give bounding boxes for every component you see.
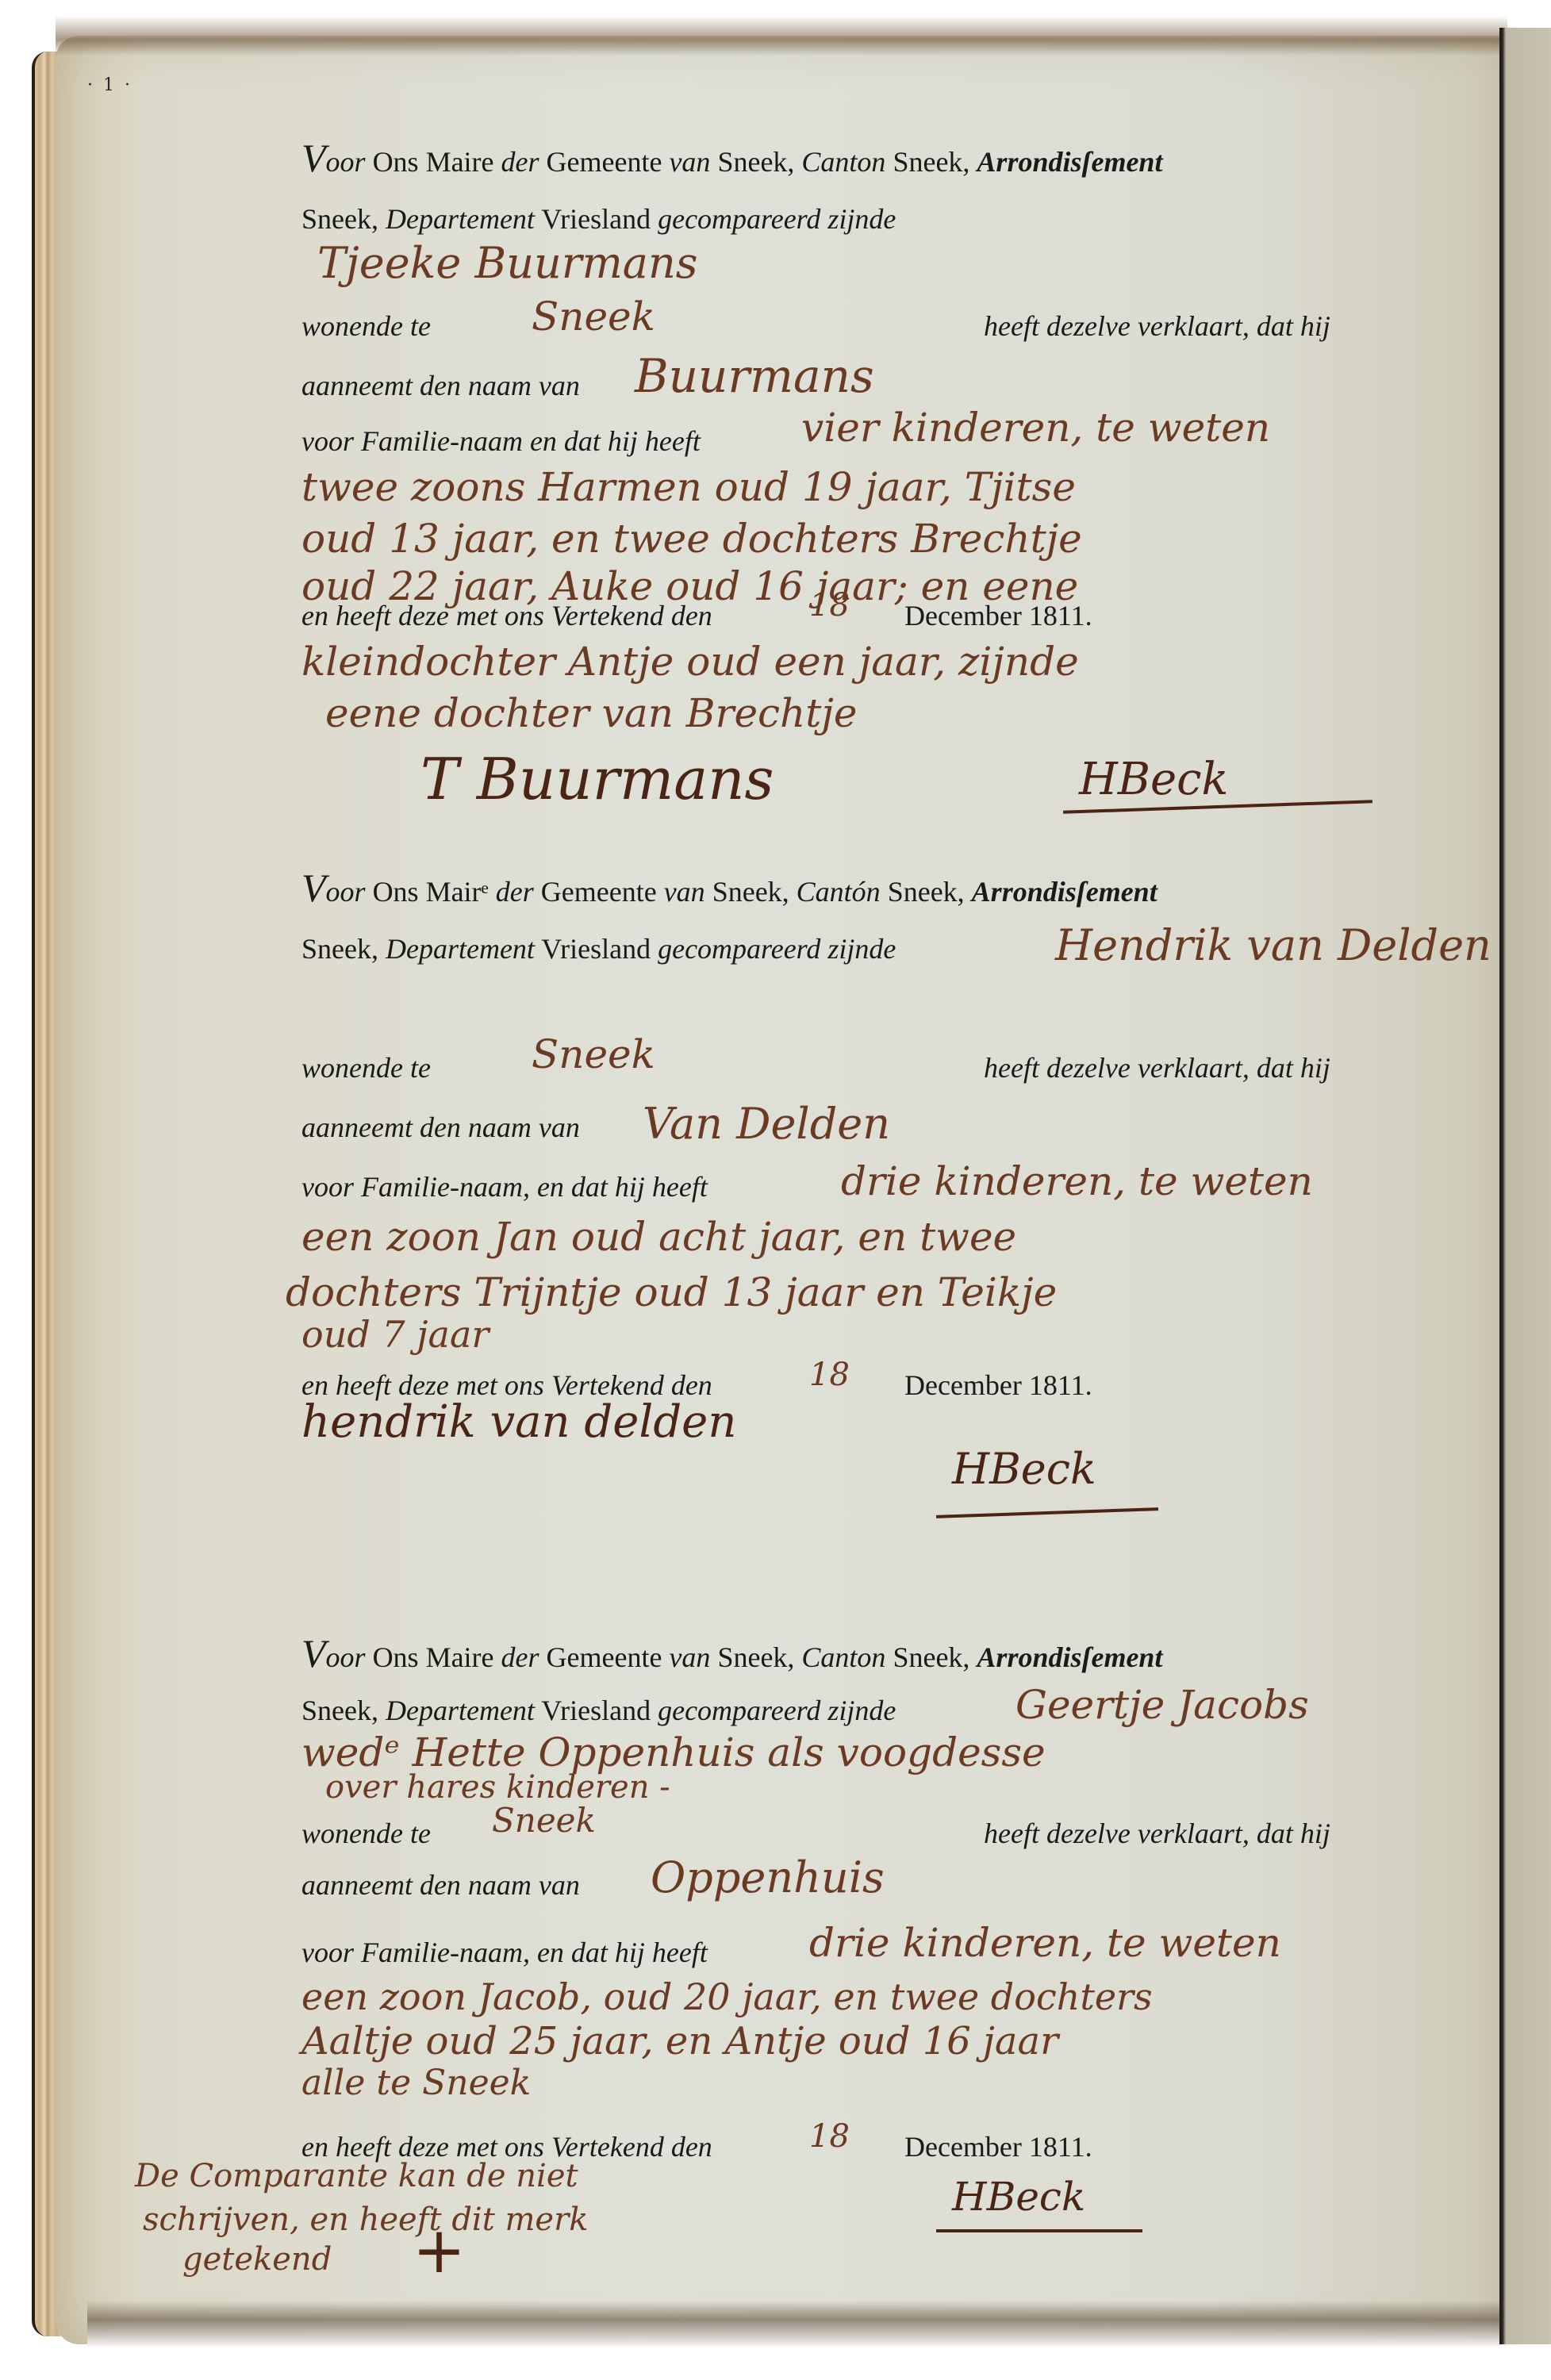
signed-day: 18: [809, 2118, 850, 2155]
familie-label: voor Familie-naam, en dat hij heeft: [301, 1170, 708, 1203]
signed-month-year: December 1811.: [904, 1368, 1092, 1402]
signature-mayor: HBeck: [952, 1444, 1096, 1494]
signed-day: 18: [809, 1357, 850, 1393]
verklaart-text: heeft dezelve verklaart, dat hij: [984, 309, 1330, 343]
printed-line-2: Sneek, Departement Vriesland gecompareer…: [301, 932, 896, 965]
children-line-2: een zoon Jacob, oud 20 jaar, en twee doc…: [301, 1975, 1153, 2018]
children-line-3: oud 13 jaar, en twee dochters Brechtje: [301, 516, 1082, 562]
signed-month-year: December 1811.: [904, 599, 1092, 632]
page-bottom-edge: [87, 2301, 1507, 2348]
aanneemt-text: aanneemt den naam van: [301, 369, 580, 402]
appearer-name: Hendrik van Delden: [1055, 920, 1491, 970]
appearer-line-1: Geertje Jacobs: [1015, 1682, 1309, 1728]
wonende-label: wonende te: [301, 1817, 431, 1850]
printed-line-1: Voor Ons Maire der Gemeente van Sneek, C…: [301, 135, 1162, 181]
page-top-edge: [56, 16, 1507, 56]
margin-note-line-1: De Comparante kan de niet: [135, 2158, 578, 2194]
signed-day: 18: [809, 587, 850, 624]
printed-line-1: Voor Ons Mairᵉ der Gemeente van Sneek, C…: [301, 865, 1157, 911]
signature-declarant: hendrik van delden: [301, 1396, 736, 1448]
signature-mayor: HBeck: [952, 2174, 1085, 2220]
after-line-2: eene dochter van Brechtje: [325, 690, 857, 736]
family-name: Van Delden: [643, 1099, 890, 1149]
wonende-label: wonende te: [301, 309, 431, 343]
signature-mayor: HBeck: [1079, 754, 1228, 805]
familie-label: voor Familie-naam, en dat hij heeft: [301, 1936, 708, 1969]
margin-note-line-2: schrijven, en heeft dit merk: [143, 2201, 588, 2238]
cross-mark-icon: +: [413, 2213, 466, 2287]
printed-line-2: Sneek, Departement Vriesland gecompareer…: [301, 202, 896, 236]
residence: Sneek: [532, 294, 655, 340]
familie-label: voor Familie-naam en dat hij heeft: [301, 424, 701, 458]
after-line-1: kleindochter Antje oud een jaar, zijnde: [301, 639, 1079, 685]
signed-label: en heeft deze met ons Vertekend den: [301, 599, 712, 632]
children-line-1: vier kinderen, te weten: [801, 405, 1270, 451]
children-line-2: een zoon Jan oud acht jaar, en twee: [301, 1214, 1016, 1260]
children-line-4: oud 7 jaar: [301, 1313, 489, 1356]
aanneemt-text: aanneemt den naam van: [301, 1868, 580, 1902]
family-name: Buurmans: [635, 349, 874, 403]
signature-declarant: T Buurmans: [420, 746, 774, 812]
printed-line-1: Voor Ons Maire der Gemeente van Sneek, C…: [301, 1630, 1162, 1676]
children-line-3: dochters Trijntje oud 13 jaar en Teikje: [286, 1269, 1057, 1315]
residence: Sneek: [532, 1031, 655, 1077]
aanneemt-text: aanneemt den naam van: [301, 1111, 580, 1144]
children-line-1: drie kinderen, te weten: [809, 1920, 1281, 1966]
residence: Sneek: [492, 1801, 596, 1840]
page-number: · 1 ·: [87, 75, 132, 95]
printed-line-2: Sneek, Departement Vriesland gecompareer…: [301, 1694, 896, 1727]
margin-note-line-3: getekend: [182, 2241, 332, 2278]
family-name: Oppenhuis: [651, 1852, 885, 1902]
children-line-3: Aaltje oud 25 jaar, en Antje oud 16 jaar: [301, 2019, 1058, 2063]
children-line-1: drie kinderen, te weten: [841, 1158, 1313, 1204]
children-line-2: twee zoons Harmen oud 19 jaar, Tjitse: [301, 464, 1076, 510]
verklaart-text: heeft dezelve verklaart, dat hij: [984, 1817, 1330, 1850]
children-line-4: alle te Sneek: [301, 2063, 531, 2103]
verklaart-text: heeft dezelve verklaart, dat hij: [984, 1051, 1330, 1084]
signed-month-year: December 1811.: [904, 2130, 1092, 2163]
wonende-label: wonende te: [301, 1051, 431, 1084]
appearer-name: Tjeeke Buurmans: [317, 238, 697, 288]
signature-underline: [936, 2229, 1142, 2232]
book-scan: · 1 · Voor Ons Maire der Gemeente van Sn…: [0, 0, 1551, 2380]
next-page-edge: [1499, 28, 1551, 2344]
